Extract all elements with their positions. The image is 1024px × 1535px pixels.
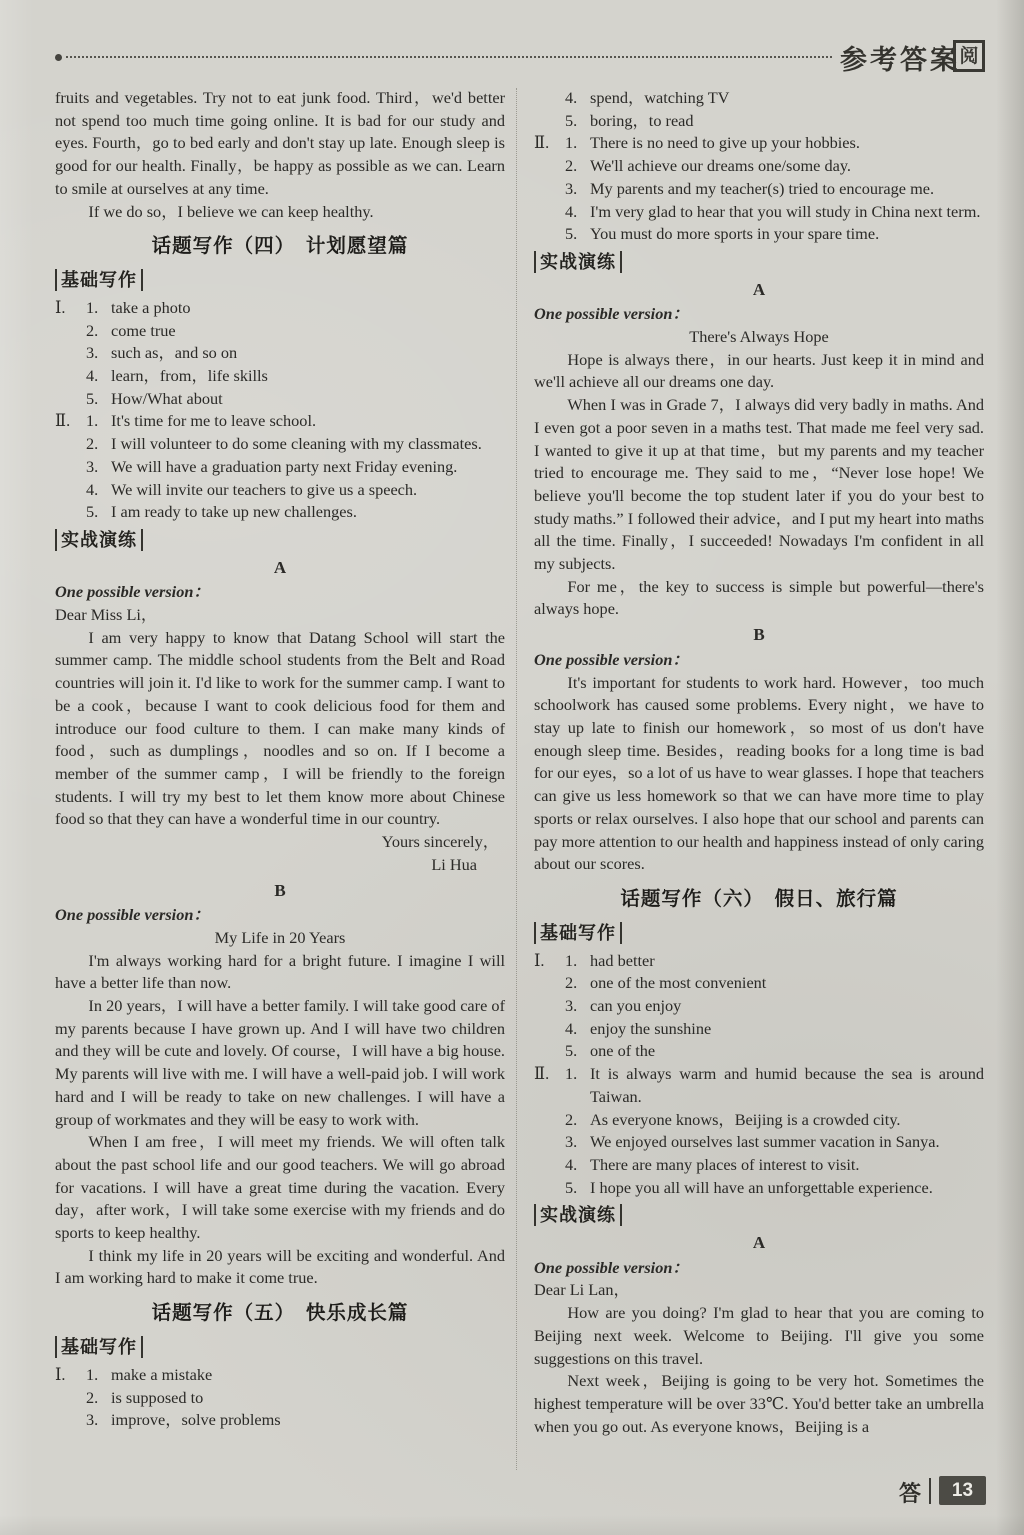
answer-item: 3.We enjoyed ourselves last summer vacat… <box>534 1131 984 1154</box>
item-number: 3. <box>86 342 111 365</box>
item-text: learn，from，life skills <box>111 365 505 388</box>
answer-item: 2.I will volunteer to do some cleaning w… <box>55 433 505 456</box>
paragraph: When I am free，I will meet my friends. W… <box>55 1131 505 1245</box>
paragraph: It's important for students to work hard… <box>534 672 984 876</box>
item-number: 1. <box>86 297 111 320</box>
answer-item: Ⅱ.1.There is no need to give up your hob… <box>534 132 984 155</box>
section-heading: 话题写作（五） 快乐成长篇 <box>55 1301 505 1327</box>
paragraph: How are you doing? I'm glad to hear that… <box>534 1302 984 1370</box>
item-text: I hope you all will have an unforgettabl… <box>590 1177 984 1200</box>
roman-numeral <box>55 456 86 479</box>
roman-numeral: Ⅱ. <box>55 410 86 433</box>
header-dotted-rule <box>66 56 832 58</box>
roman-numeral <box>55 501 86 524</box>
subsection-label: 实战演练 <box>534 1204 984 1228</box>
paragraph: I think my life in 20 years will be exci… <box>55 1245 505 1290</box>
paragraph: I'm always working hard for a bright fut… <box>55 950 505 995</box>
paragraph: When I was in Grade 7，I always did very … <box>534 394 984 576</box>
subsection-label-text: 基础写作 <box>55 269 143 291</box>
version-letter: B <box>534 624 984 647</box>
item-text: such as，and so on <box>111 342 505 365</box>
roman-numeral <box>55 479 86 502</box>
answer-item: 3.My parents and my teacher(s) tried to … <box>534 178 984 201</box>
answer-item: 2.come true <box>55 320 505 343</box>
item-text: had better <box>590 950 984 973</box>
item-text: I am ready to take up new challenges. <box>111 501 505 524</box>
roman-numeral <box>534 87 565 110</box>
item-text: can you enjoy <box>590 995 984 1018</box>
roman-numeral: Ⅰ. <box>55 1364 86 1387</box>
page-title: 参考答案 <box>840 38 960 77</box>
one-possible-version-label: One possible version： <box>55 581 505 604</box>
roman-numeral <box>534 201 565 224</box>
one-possible-version-label: One possible version： <box>534 303 984 326</box>
answer-item: 5.I hope you all will have an unforgetta… <box>534 1177 984 1200</box>
item-text: It's time for me to leave school. <box>111 410 505 433</box>
item-number: 2. <box>86 433 111 456</box>
item-text: My parents and my teacher(s) tried to en… <box>590 178 984 201</box>
item-text: I'm very glad to hear that you will stud… <box>590 201 984 224</box>
paragraph: Dear Li Lan， <box>534 1279 984 1302</box>
answer-item: 5.boring，to read <box>534 110 984 133</box>
answer-item: 5.I am ready to take up new challenges. <box>55 501 505 524</box>
item-text: It is always warm and humid because the … <box>590 1063 984 1108</box>
subsection-label: 实战演练 <box>55 529 505 553</box>
answer-item: 4.spend，watching TV <box>534 87 984 110</box>
item-number: 3. <box>86 456 111 479</box>
paragraph: Li Hua <box>55 854 505 877</box>
roman-numeral <box>534 178 565 201</box>
roman-numeral: Ⅱ. <box>534 132 565 155</box>
item-number: 2. <box>565 972 590 995</box>
roman-numeral <box>534 1018 565 1041</box>
version-letter: B <box>55 880 505 903</box>
item-number: 4. <box>86 365 111 388</box>
roman-numeral <box>55 1387 86 1410</box>
item-number: 3. <box>565 178 590 201</box>
answer-item: Ⅰ.1.had better <box>534 950 984 973</box>
item-text: improve，solve problems <box>111 1409 505 1432</box>
item-text: There is no need to give up your hobbies… <box>590 132 984 155</box>
item-text: There are many places of interest to vis… <box>590 1154 984 1177</box>
item-text: We will invite our teachers to give us a… <box>111 479 505 502</box>
subsection-label: 基础写作 <box>55 269 505 293</box>
item-number: 1. <box>565 950 590 973</box>
subsection-label-text: 基础写作 <box>534 922 622 944</box>
answer-item: Ⅰ.1.make a mistake <box>55 1364 505 1387</box>
paragraph: Hope is always there，in our hearts. Just… <box>534 349 984 394</box>
roman-numeral <box>55 320 86 343</box>
answer-item: Ⅰ.1.take a photo <box>55 297 505 320</box>
paragraph: In 20 years，I will have a better family.… <box>55 995 505 1131</box>
answer-item: 4.learn，from，life skills <box>55 365 505 388</box>
paragraph: Yours sincerely， <box>55 831 505 854</box>
essay-title: My Life in 20 Years <box>55 927 505 950</box>
subsection-label-text: 实战演练 <box>55 529 143 551</box>
item-number: 5. <box>86 501 111 524</box>
roman-numeral <box>534 223 565 246</box>
item-text: We will have a graduation party next Fri… <box>111 456 505 479</box>
column-divider <box>516 88 517 1470</box>
answer-seal-icon: 阅 <box>953 40 985 72</box>
item-number: 1. <box>86 1364 111 1387</box>
footer-divider-bar <box>929 1478 931 1504</box>
footer-answer-label: 答 <box>899 1477 921 1508</box>
item-number: 2. <box>86 320 111 343</box>
roman-numeral <box>55 388 86 411</box>
paragraph: fruits and vegetables. Try not to eat ju… <box>55 87 505 201</box>
answer-item: 2.We'll achieve our dreams one/some day. <box>534 155 984 178</box>
paragraph: If we do so，I believe we can keep health… <box>55 201 505 224</box>
answer-item: 3.improve，solve problems <box>55 1409 505 1432</box>
roman-numeral <box>534 1177 565 1200</box>
item-text: You must do more sports in your spare ti… <box>590 223 984 246</box>
answer-item: 4.There are many places of interest to v… <box>534 1154 984 1177</box>
roman-numeral <box>55 1409 86 1432</box>
item-number: 3. <box>565 1131 590 1154</box>
roman-numeral <box>55 365 86 388</box>
item-text: As everyone knows，Beijing is a crowded c… <box>590 1109 984 1132</box>
subsection-label-text: 实战演练 <box>534 251 622 273</box>
item-text: take a photo <box>111 297 505 320</box>
answer-item: 3.We will have a graduation party next F… <box>55 456 505 479</box>
paragraph: For me，the key to success is simple but … <box>534 576 984 621</box>
answer-item: 3.can you enjoy <box>534 995 984 1018</box>
item-text: enjoy the sunshine <box>590 1018 984 1041</box>
answer-item: 2.As everyone knows，Beijing is a crowded… <box>534 1109 984 1132</box>
answer-item: 5.You must do more sports in your spare … <box>534 223 984 246</box>
answer-item: 2.one of the most convenient <box>534 972 984 995</box>
roman-numeral <box>534 155 565 178</box>
one-possible-version-label: One possible version： <box>534 649 984 672</box>
item-text: make a mistake <box>111 1364 505 1387</box>
item-text: one of the most convenient <box>590 972 984 995</box>
roman-numeral <box>534 110 565 133</box>
item-text: How/What about <box>111 388 505 411</box>
item-number: 1. <box>565 1063 590 1108</box>
answer-key-page: 参考答案 阅 fruits and vegetables. Try not to… <box>0 0 1024 1535</box>
version-letter: A <box>534 279 984 302</box>
answer-item: 4.I'm very glad to hear that you will st… <box>534 201 984 224</box>
item-number: 1. <box>86 410 111 433</box>
item-number: 3. <box>565 995 590 1018</box>
answer-item: Ⅱ.1.It's time for me to leave school. <box>55 410 505 433</box>
item-text: one of the <box>590 1040 984 1063</box>
item-text: I will volunteer to do some cleaning wit… <box>111 433 505 456</box>
item-number: 4. <box>565 1154 590 1177</box>
roman-numeral: Ⅰ. <box>534 950 565 973</box>
subsection-label: 基础写作 <box>55 1336 505 1360</box>
paragraph: Dear Miss Li， <box>55 604 505 627</box>
roman-numeral: Ⅰ. <box>55 297 86 320</box>
page-number-badge: 13 <box>939 1476 986 1505</box>
item-text: come true <box>111 320 505 343</box>
right-column: 4.spend，watching TV5.boring，to readⅡ.1.T… <box>534 87 984 1438</box>
item-number: 2. <box>86 1387 111 1410</box>
roman-numeral <box>534 1109 565 1132</box>
subsection-label-text: 基础写作 <box>55 1336 143 1358</box>
item-number: 4. <box>565 1018 590 1041</box>
item-number: 2. <box>565 1109 590 1132</box>
item-text: spend，watching TV <box>590 87 984 110</box>
item-text: We enjoyed ourselves last summer vacatio… <box>590 1131 984 1154</box>
roman-numeral <box>534 1040 565 1063</box>
answer-item: Ⅱ.1.It is always warm and humid because … <box>534 1063 984 1108</box>
paragraph: I am very happy to know that Datang Scho… <box>55 627 505 831</box>
item-text: We'll achieve our dreams one/some day. <box>590 155 984 178</box>
item-number: 5. <box>565 110 590 133</box>
item-number: 4. <box>565 87 590 110</box>
item-number: 2. <box>565 155 590 178</box>
answer-item: 4.enjoy the sunshine <box>534 1018 984 1041</box>
roman-numeral: Ⅱ. <box>534 1063 565 1108</box>
subsection-label: 基础写作 <box>534 922 984 946</box>
item-number: 5. <box>565 1177 590 1200</box>
item-number: 4. <box>565 201 590 224</box>
answer-item: 5.How/What about <box>55 388 505 411</box>
answer-item: 2.is supposed to <box>55 1387 505 1410</box>
roman-numeral <box>55 433 86 456</box>
header-rule-dot-icon <box>55 54 62 61</box>
paragraph: Next week，Beijing is going to be very ho… <box>534 1370 984 1438</box>
section-heading: 话题写作（六） 假日、旅行篇 <box>534 887 984 913</box>
version-letter: A <box>534 1232 984 1255</box>
left-column: fruits and vegetables. Try not to eat ju… <box>55 87 505 1432</box>
subsection-label-text: 实战演练 <box>534 1204 622 1226</box>
section-heading: 话题写作（四） 计划愿望篇 <box>55 234 505 260</box>
roman-numeral <box>55 342 86 365</box>
answer-item: 3.such as，and so on <box>55 342 505 365</box>
roman-numeral <box>534 972 565 995</box>
one-possible-version-label: One possible version： <box>534 1257 984 1280</box>
subsection-label: 实战演练 <box>534 251 984 275</box>
item-text: boring，to read <box>590 110 984 133</box>
item-number: 5. <box>86 388 111 411</box>
one-possible-version-label: One possible version： <box>55 904 505 927</box>
item-number: 5. <box>565 223 590 246</box>
item-number: 4. <box>86 479 111 502</box>
essay-title: There's Always Hope <box>534 326 984 349</box>
version-letter: A <box>55 557 505 580</box>
answer-item: 5.one of the <box>534 1040 984 1063</box>
roman-numeral <box>534 995 565 1018</box>
roman-numeral <box>534 1154 565 1177</box>
item-number: 3. <box>86 1409 111 1432</box>
roman-numeral <box>534 1131 565 1154</box>
item-number: 5. <box>565 1040 590 1063</box>
answer-item: 4.We will invite our teachers to give us… <box>55 479 505 502</box>
item-number: 1. <box>565 132 590 155</box>
item-text: is supposed to <box>111 1387 505 1410</box>
